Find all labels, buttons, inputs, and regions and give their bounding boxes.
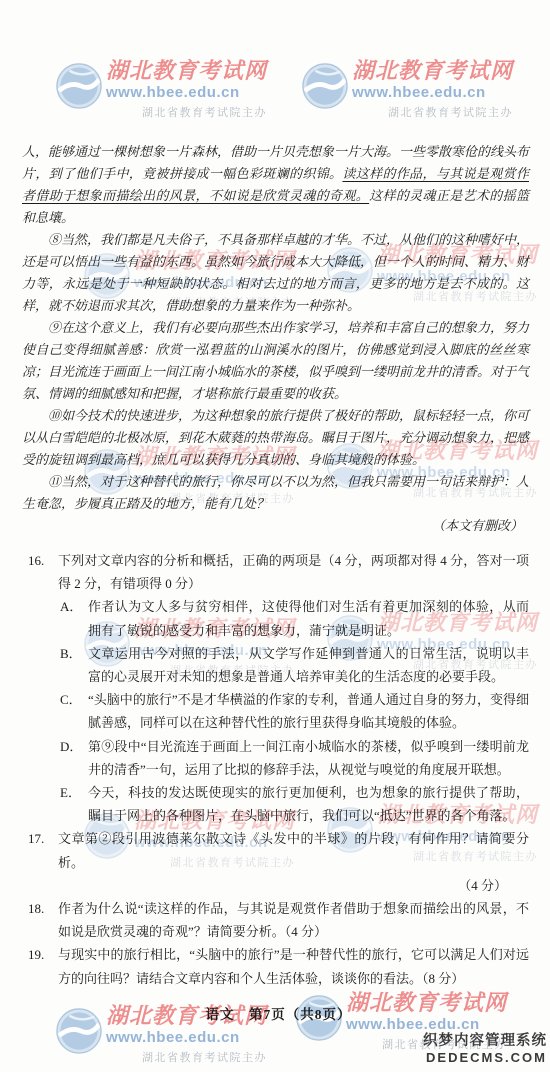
watermark: 湖北教育考试网www.hbee.edu.cn湖北省教育考试院主办 [56,58,261,120]
question-18: 18. 作者为什么说“读这样的作品，与其说是观赏作者借助于想象而描绘出的风景，不… [28,897,529,943]
article-text: 人，能够通过一棵树想象一片森林，借助一片贝壳想象一片大海。一些零散寒伧的线头布片… [22,141,529,537]
option-b-label: B． [60,642,82,665]
question-17-score: （4 分） [58,874,529,897]
cms-badge-domain: DEDECMS.COM [423,1050,547,1065]
option-c-label: C． [60,688,82,711]
article-paragraph-11: ⑪当然，对于这种替代的旅行，你尽可以不以为然，但我只需要用一句话来辩护：人生奄忽… [22,471,529,515]
watermark-text: 湖北教育考试网www.hbee.edu.cn湖北省教育考试院主办 [106,58,267,120]
option-a-label: A． [60,595,82,618]
watermark-site-url: www.hbee.edu.cn [352,84,513,102]
page-content: 人，能够通过一棵树想象一片森林，借助一片贝壳想象一片大海。一些零散寒伧的线头布片… [22,141,529,1026]
option-e-label: E． [60,781,81,804]
question-19: 19. 与现实中的旅行相比，“头脑中的旅行”是一种替代性的旅行，它可以满足人们对… [28,943,529,989]
question-16-stem: 下列对文章内容的分析和概括，正确的两项是（4 分，两项都对得 4 分，答对一项得… [58,549,529,595]
watermark-text: 湖北教育考试网www.hbee.edu.cn湖北省教育考试院主办 [352,58,513,120]
option-c-text: “头脑中的旅行”不是才华横溢的作家的专利，普通人通过自身的努力，变得细腻善感，同… [88,688,529,734]
exam-page: 湖北教育考试网www.hbee.edu.cn湖北省教育考试院主办湖北教育考试网w… [0,0,550,1072]
watermark-site-subtitle: 湖北省教育考试院主办 [106,1049,267,1065]
watermark-site-subtitle: 湖北省教育考试院主办 [352,104,513,120]
question-19-stem: 与现实中的旅行相比，“头脑中的旅行”是一种替代性的旅行，它可以满足人们对远方的向… [58,943,529,989]
question-16-options: A． 作者认为文人多与贫穷相伴，这使得他们对生活有着更加深刻的体验，从而拥有了敏… [60,595,529,827]
cms-badge-title: 织梦内容管理系统 [423,1033,547,1050]
question-16: 16. 下列对文章内容的分析和概括，正确的两项是（4 分，两项都对得 4 分，答… [28,549,529,827]
article-paragraph-8: ⑧当然，我们都是凡夫俗子，不具备那样卓越的才华。不过，从他们的这种嗜好中，还是可… [22,229,529,317]
question-16-number: 16. [28,549,44,572]
watermark-site-subtitle: 湖北省教育考试院主办 [106,104,267,120]
article-paragraph-9: ⑨在这个意义上，我们有必要向那些杰出作家学习，培养和丰富自己的想象力，努力使自己… [22,317,529,405]
article-paragraph-continuation: 人，能够通过一棵树想象一片森林，借助一片贝壳想象一片大海。一些零散寒伧的线头布片… [22,141,529,229]
option-d-text: 第⑨段中“目光流连于画面上一间江南小城临水的茶楼，似乎嗅到一缕明前龙井的清香”一… [88,735,529,781]
option-b-text: 文章运用古今对照的手法，从文学写作延伸到普通人的日常生活，说明以丰富的心灵展开对… [88,642,529,688]
cms-badge: 织梦内容管理系统 DEDECMS.COM [423,1033,547,1065]
option-c: C． “头脑中的旅行”不是才华横溢的作家的专利，普通人通过自身的努力，变得细腻善… [60,688,529,734]
option-e: E． 今天，科技的发达既使现实的旅行更加便利，也为想象的旅行提供了帮助，瞩目于网… [60,781,529,827]
option-a-text: 作者认为文人多与贫穷相伴，这使得他们对生活有着更加深刻的体验，从而拥有了敏锐的感… [88,595,529,641]
page-footer: 语文 第7页（共8页） [28,1003,529,1026]
question-19-number: 19. [28,943,44,966]
watermark: 湖北教育考试网www.hbee.edu.cn湖北省教育考试院主办 [302,58,507,120]
globe-logo-icon [56,63,102,109]
watermark-site-name: 湖北教育考试网 [106,58,267,84]
option-b: B． 文章运用古今对照的手法，从文学写作延伸到普通人的日常生活，说明以丰富的心灵… [60,642,529,688]
question-18-number: 18. [28,897,44,920]
article-attribution: （本文有删改） [22,515,529,537]
globe-logo-icon [302,63,348,109]
watermark-site-url: www.hbee.edu.cn [106,84,267,102]
option-e-text: 今天，科技的发达既使现实的旅行更加便利，也为想象的旅行提供了帮助，瞩目于网上的各… [88,781,529,827]
question-17-number: 17. [28,827,44,850]
article-paragraph-10: ⑩如今技术的快速进步，为这种想象的旅行提供了极好的帮助，鼠标轻轻一点，你可以从白… [22,405,529,471]
option-d: D． 第⑨段中“目光流连于画面上一间江南小城临水的茶楼，似乎嗅到一缕明前龙井的清… [60,735,529,781]
question-17: 17. 文章第②段引用波德莱尔散文诗《头发中的半球》的片段，有何作用？请简要分析… [28,827,529,897]
question-18-stem: 作者为什么说“读这样的作品，与其说是观赏作者借助于想象而描绘出的风景，不如说是欣… [58,897,529,943]
watermark-site-url: www.hbee.edu.cn [106,1029,267,1047]
option-a: A． 作者认为文人多与贫穷相伴，这使得他们对生活有着更加深刻的体验，从而拥有了敏… [60,595,529,641]
questions-section: 16. 下列对文章内容的分析和概括，正确的两项是（4 分，两项都对得 4 分，答… [28,549,529,1026]
question-17-stem: 文章第②段引用波德莱尔散文诗《头发中的半球》的片段，有何作用？请简要分析。 [58,827,529,873]
option-d-label: D． [60,735,82,758]
watermark-site-name: 湖北教育考试网 [352,58,513,84]
